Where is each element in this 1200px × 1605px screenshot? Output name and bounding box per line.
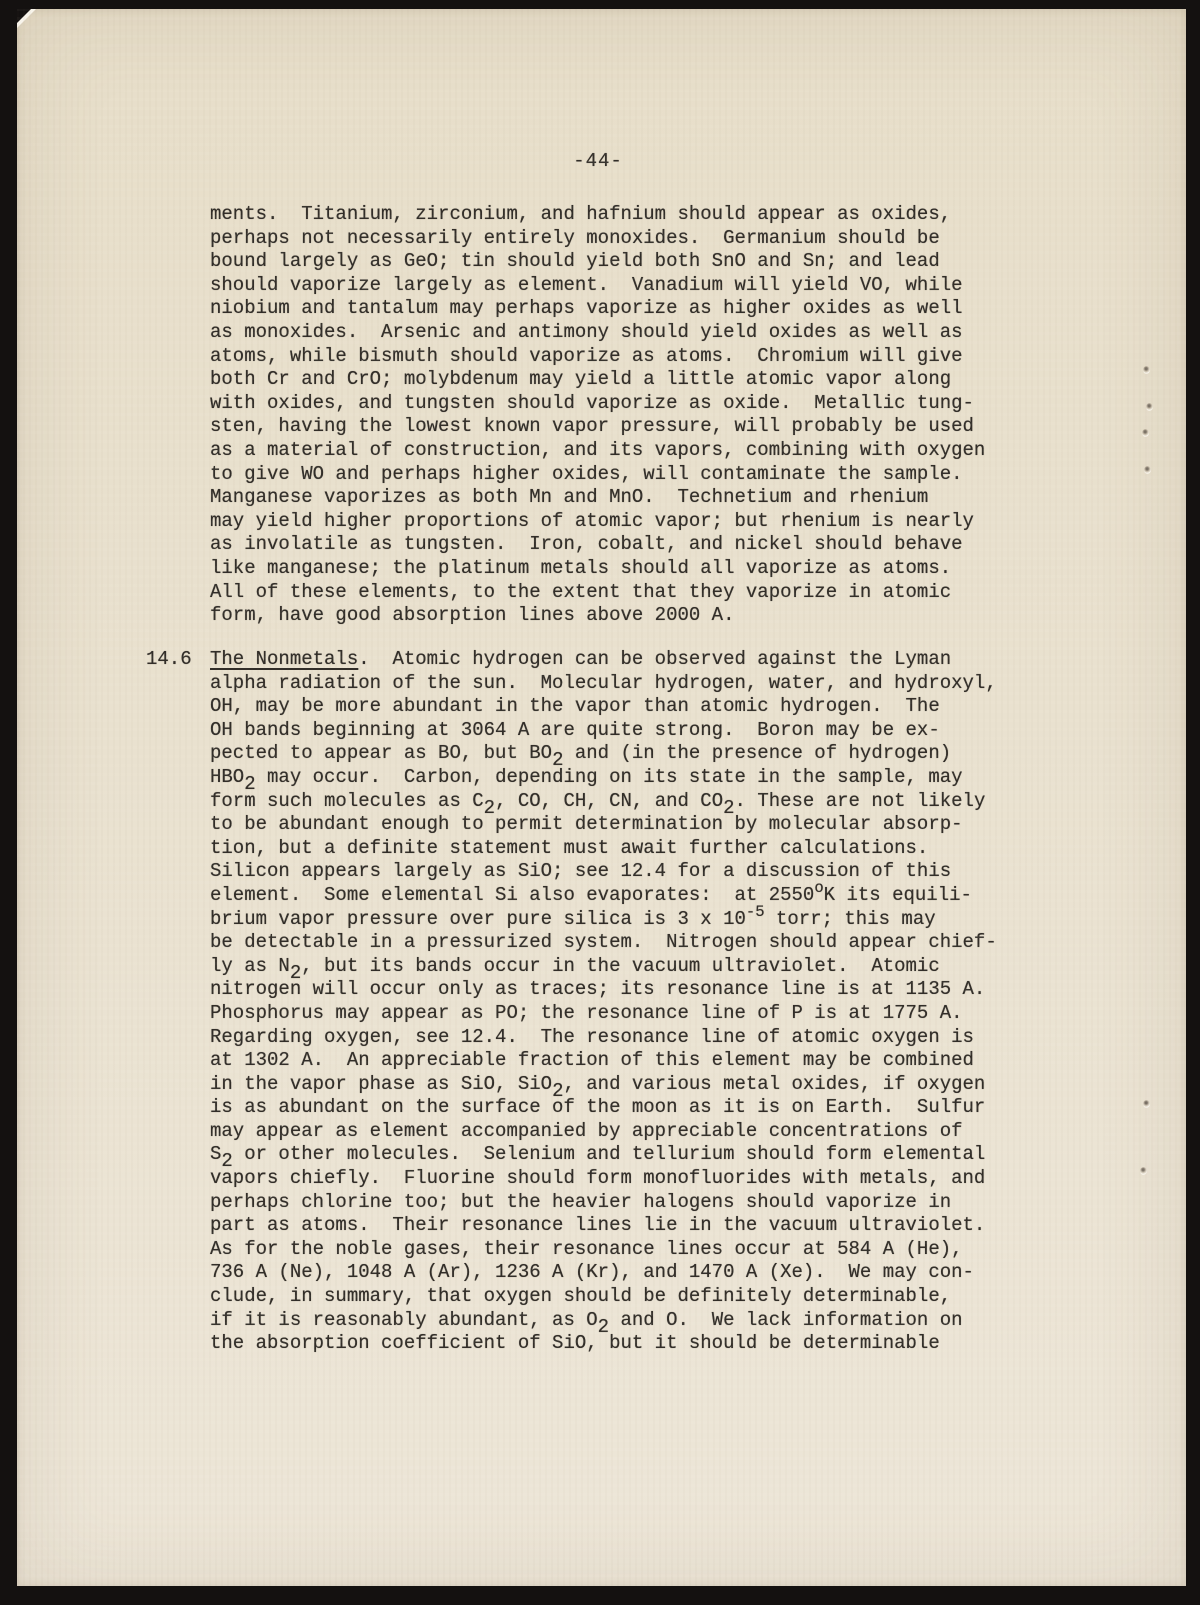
section-number: 14.6 bbox=[146, 648, 192, 672]
text-line: The Nonmetals. Atomic hydrogen can be ob… bbox=[210, 648, 1010, 672]
text-line: Silicon appears largely as SiO; see 12.4… bbox=[210, 860, 1010, 884]
text-line: sten, having the lowest known vapor pres… bbox=[210, 415, 1010, 439]
text-line: be detectable in a pressurized system. N… bbox=[210, 931, 1010, 955]
text-line: vapors chiefly. Fluorine should form mon… bbox=[210, 1167, 1010, 1191]
text-line: Phosphorus may appear as PO; the resonan… bbox=[210, 1002, 1010, 1026]
text-line: like manganese; the platinum metals shou… bbox=[210, 557, 1010, 581]
paragraph-continued: ments. Titanium, zirconium, and hafnium … bbox=[210, 203, 1010, 628]
text-line: S2 or other molecules. Selenium and tell… bbox=[210, 1143, 1010, 1167]
text-line: 736 A (Ne), 1048 A (Ar), 1236 A (Kr), an… bbox=[210, 1261, 1010, 1285]
text-line: part as atoms. Their resonance lines lie… bbox=[210, 1214, 1010, 1238]
text-line: pected to appear as BO, but BO2 and (in … bbox=[210, 742, 1010, 766]
text-line: HBO2 may occur. Carbon, depending on its… bbox=[210, 766, 1010, 790]
text-line: brium vapor pressure over pure silica is… bbox=[210, 908, 1010, 932]
text-line: form such molecules as C2, CO, CH, CN, a… bbox=[210, 790, 1010, 814]
text-line: is as abundant on the surface of the moo… bbox=[210, 1096, 1010, 1120]
scan-stage: -44- ments. Titanium, zirconium, and haf… bbox=[0, 0, 1200, 1605]
text-line: as involatile as tungsten. Iron, cobalt,… bbox=[210, 533, 1010, 557]
text-line: to give WO and perhaps higher oxides, wi… bbox=[210, 463, 1010, 487]
text-line: OH, may be more abundant in the vapor th… bbox=[210, 695, 1010, 719]
text-line: at 1302 A. An appreciable fraction of th… bbox=[210, 1049, 1010, 1073]
text-line: tion, but a definite statement must awai… bbox=[210, 837, 1010, 861]
scan-dent bbox=[1140, 1167, 1147, 1175]
text-line: with oxides, and tungsten should vaporiz… bbox=[210, 392, 1010, 416]
text-line: if it is reasonably abundant, as O2 and … bbox=[210, 1309, 1010, 1333]
text-line: nitrogen will occur only as traces; its … bbox=[210, 978, 1010, 1002]
text-line: atoms, while bismuth should vaporize as … bbox=[210, 345, 1010, 369]
text-line: perhaps not necessarily entirely monoxid… bbox=[210, 227, 1010, 251]
page-number: -44- bbox=[210, 150, 986, 172]
text-line: All of these elements, to the extent tha… bbox=[210, 581, 1010, 605]
document-page: -44- ments. Titanium, zirconium, and haf… bbox=[17, 9, 1186, 1586]
text-line: Manganese vaporizes as both Mn and MnO. … bbox=[210, 486, 1010, 510]
text-line: should vaporize largely as element. Vana… bbox=[210, 274, 1010, 298]
scan-dent bbox=[1142, 429, 1149, 437]
text-line: perhaps chlorine too; but the heavier ha… bbox=[210, 1191, 1010, 1215]
text-line: in the vapor phase as SiO, SiO2, and var… bbox=[210, 1073, 1010, 1097]
text-line: to be abundant enough to permit determin… bbox=[210, 813, 1010, 837]
text-line: as monoxides. Arsenic and antimony shoul… bbox=[210, 321, 1010, 345]
paragraph-nonmetals: The Nonmetals. Atomic hydrogen can be ob… bbox=[210, 648, 1010, 1356]
text-line: clude, in summary, that oxygen should be… bbox=[210, 1285, 1010, 1309]
scan-background: { "colors": { "scan_background": "#14111… bbox=[0, 0, 1200, 1605]
text-line: form, have good absorption lines above 2… bbox=[210, 604, 1010, 628]
text-line: ly as N2, but its bands occur in the vac… bbox=[210, 955, 1010, 979]
text-line: niobium and tantalum may perhaps vaporiz… bbox=[210, 297, 1010, 321]
text-line: Regarding oxygen, see 12.4. The resonanc… bbox=[210, 1026, 1010, 1050]
text-line: both Cr and CrO; molybdenum may yield a … bbox=[210, 368, 1010, 392]
text-line: the absorption coefficient of SiO, but i… bbox=[210, 1332, 1010, 1356]
text-line: may yield higher proportions of atomic v… bbox=[210, 510, 1010, 534]
text-line: As for the noble gases, their resonance … bbox=[210, 1238, 1010, 1262]
text-line: element. Some elemental Si also evaporat… bbox=[210, 884, 1010, 908]
text-line: alpha radiation of the sun. Molecular hy… bbox=[210, 672, 1010, 696]
scan-dent bbox=[1144, 466, 1151, 474]
corner-fold-cut bbox=[17, 9, 31, 23]
text-line: as a material of construction, and its v… bbox=[210, 439, 1010, 463]
text-line: ments. Titanium, zirconium, and hafnium … bbox=[210, 203, 1010, 227]
text-line: OH bands beginning at 3064 A are quite s… bbox=[210, 719, 1010, 743]
scan-dent bbox=[1143, 1100, 1150, 1108]
scan-dent bbox=[1143, 366, 1150, 374]
text-line: may appear as element accompanied by app… bbox=[210, 1120, 1010, 1144]
text-line: bound largely as GeO; tin should yield b… bbox=[210, 250, 1010, 274]
scan-dent bbox=[1146, 403, 1153, 411]
